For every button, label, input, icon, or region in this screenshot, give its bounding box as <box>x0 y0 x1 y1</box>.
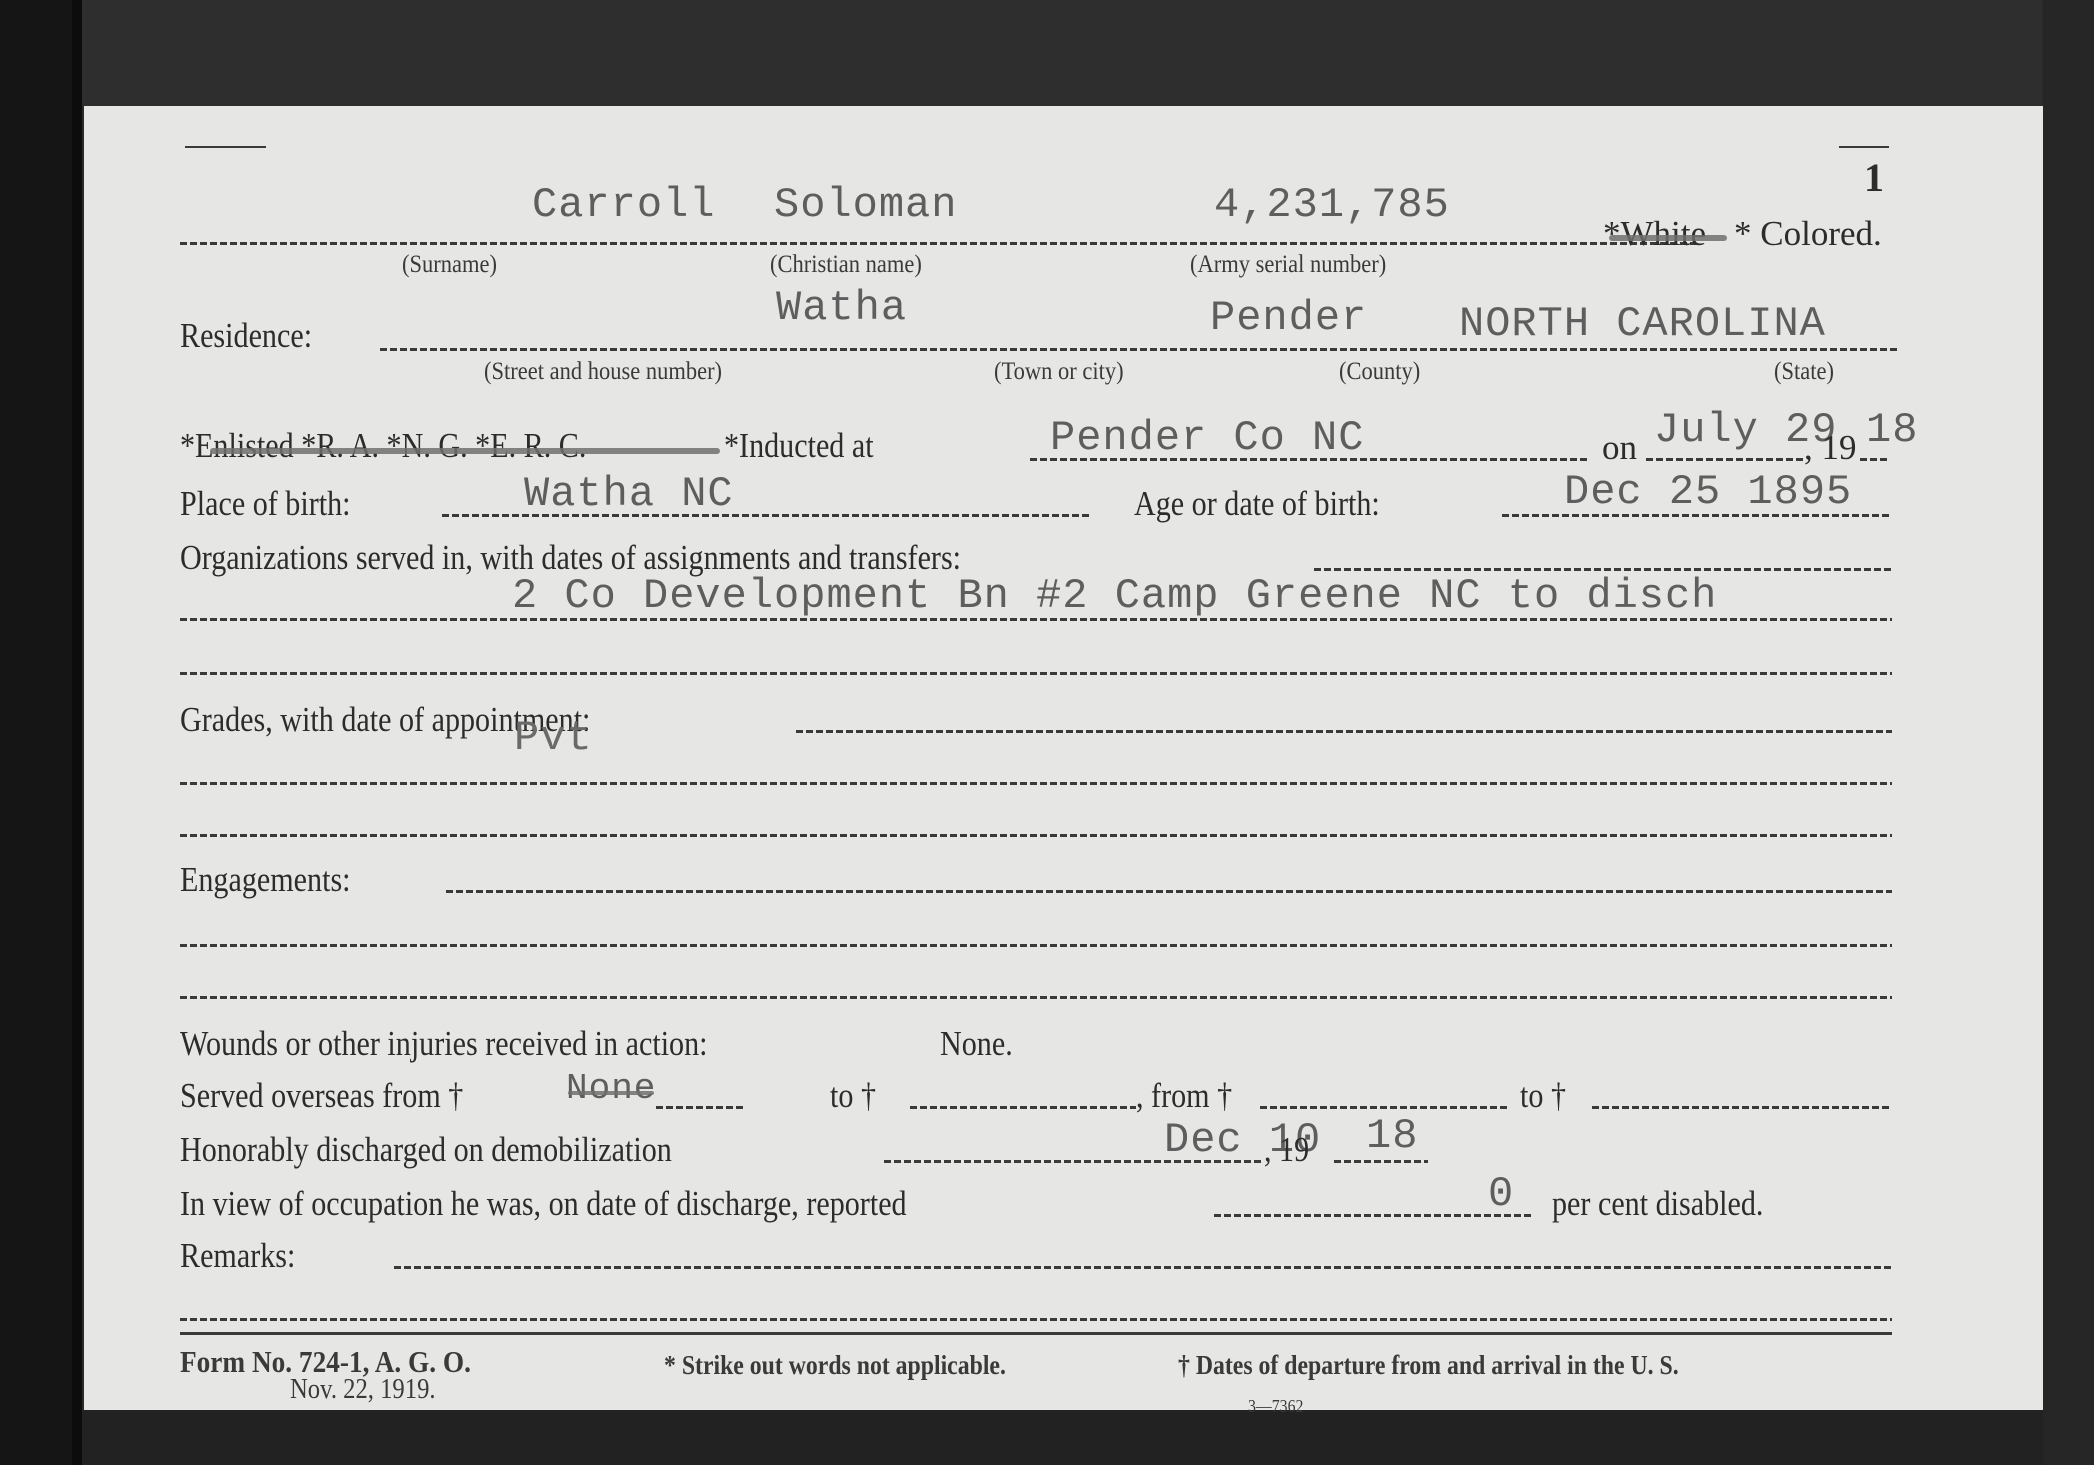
on-label: on <box>1602 428 1637 468</box>
grades-line-2 <box>180 834 1892 837</box>
discharge-date-line <box>884 1160 1264 1163</box>
caption-county: (County) <box>1339 358 1420 386</box>
grades-line-1 <box>180 782 1892 785</box>
caption-surname: (Surname) <box>402 251 497 279</box>
engagements-line-2 <box>180 996 1892 999</box>
footnote-strike-out: * Strike out words not applicable. <box>664 1350 1006 1381</box>
overseas-to2-line <box>1592 1106 1892 1109</box>
remarks-label: Remarks: <box>180 1236 295 1276</box>
caption-christian-name: (Christian name) <box>770 251 922 279</box>
footnote-dates: † Dates of departure from and arrival in… <box>1178 1350 1679 1381</box>
overseas-from2-line <box>1260 1106 1510 1109</box>
induction-year-line <box>1860 458 1890 461</box>
top-left-rule <box>185 146 266 148</box>
overseas-to-label: to † <box>830 1076 876 1116</box>
christian-name-value: Soloman <box>774 181 957 229</box>
background-bottom <box>82 1410 2043 1465</box>
place-of-birth-label: Place of birth: <box>180 484 351 524</box>
overseas-from2-label: , from † <box>1136 1076 1232 1116</box>
race-star: * <box>1603 214 1621 253</box>
organizations-value-line1: 2 Co Development Bn #2 Camp Greene NC to… <box>512 572 1717 620</box>
background-left-border <box>0 0 72 1465</box>
enlistment-strikeout <box>210 448 720 454</box>
footer-rule <box>180 1332 1892 1335</box>
disability-suffix: per cent disabled. <box>1552 1184 1763 1224</box>
caption-state: (State) <box>1774 358 1834 386</box>
induction-year-prefix: , 19 <box>1804 428 1857 468</box>
enlistment-options: *Enlisted *R. A. *N. G. *E. R. C. <box>180 426 586 466</box>
overseas-to-line <box>910 1106 1136 1109</box>
overseas-from-value: None <box>566 1068 656 1109</box>
disability-label: In view of occupation he was, on date of… <box>180 1184 907 1224</box>
remarks-line-0 <box>394 1266 1892 1269</box>
caption-street: (Street and house number) <box>484 358 722 386</box>
residence-label: Residence: <box>180 316 312 356</box>
name-row-line <box>180 242 1696 245</box>
overseas-from-line <box>656 1106 744 1109</box>
top-right-rule <box>1839 146 1889 148</box>
date-of-birth-label: Age or date of birth: <box>1134 484 1380 524</box>
white-strikeout <box>1609 235 1727 241</box>
background-top <box>82 0 2042 106</box>
background-right <box>2043 0 2094 1465</box>
race-colored-option: * Colored. <box>1734 214 1882 254</box>
wounds-value: None. <box>940 1024 1013 1064</box>
residence-town-value: Watha <box>776 284 907 332</box>
engagements-label: Engagements: <box>180 860 351 900</box>
disability-line <box>1214 1214 1534 1217</box>
organizations-line-2 <box>180 672 1892 675</box>
grades-value: Pvt <box>514 714 593 762</box>
wounds-label: Wounds or other injuries received in act… <box>180 1024 708 1064</box>
form-date: Nov. 22, 1919. <box>290 1374 436 1406</box>
date-of-birth-value: Dec 25 1895 <box>1564 468 1852 516</box>
inducted-at-line <box>1030 458 1590 461</box>
inducted-at-value: Pender Co NC <box>1050 414 1364 462</box>
date-of-birth-line <box>1502 514 1892 517</box>
organizations-line-0 <box>1314 568 1892 571</box>
overseas-from-label: Served overseas from † <box>180 1076 463 1116</box>
discharge-year-value: 18 <box>1366 1112 1418 1160</box>
serial-number-value: 4,231,785 <box>1214 181 1450 229</box>
overseas-none-underline <box>568 1091 654 1095</box>
residence-county-value: Pender <box>1210 294 1367 342</box>
background-left-edge <box>72 0 82 1465</box>
discharge-label: Honorably discharged on demobilization <box>180 1130 672 1170</box>
discharge-year-line <box>1334 1160 1428 1163</box>
race-white-option: *White <box>1603 214 1706 254</box>
place-of-birth-line <box>442 514 1092 517</box>
print-code: 3—7362 <box>1248 1396 1303 1417</box>
engagements-line-0 <box>446 890 1892 893</box>
residence-state-value: NORTH CAROLINA <box>1459 300 1826 348</box>
grades-line-0 <box>796 730 1892 733</box>
race-white-label: White <box>1621 214 1707 253</box>
induction-year-value: 18 <box>1866 406 1918 454</box>
remarks-line-1 <box>180 1318 1892 1321</box>
surname-value: Carroll <box>532 181 715 229</box>
place-of-birth-value: Watha NC <box>524 470 734 518</box>
residence-line <box>380 348 1900 351</box>
caption-town: (Town or city) <box>994 358 1124 386</box>
service-record-card: 1 Carroll Soloman 4,231,785 *White * Col… <box>84 106 2043 1410</box>
page-number: 1 <box>1864 154 1884 201</box>
discharge-year-prefix: , 19 <box>1264 1130 1309 1170</box>
caption-serial-number: (Army serial number) <box>1190 251 1386 279</box>
inducted-at-label: *Inducted at <box>724 426 874 466</box>
disability-percent-value: 0 <box>1488 1170 1514 1218</box>
induction-date-line <box>1646 458 1806 461</box>
organizations-line-1 <box>180 618 1892 621</box>
overseas-to2-label: to † <box>1520 1076 1566 1116</box>
engagements-line-1 <box>180 944 1892 947</box>
